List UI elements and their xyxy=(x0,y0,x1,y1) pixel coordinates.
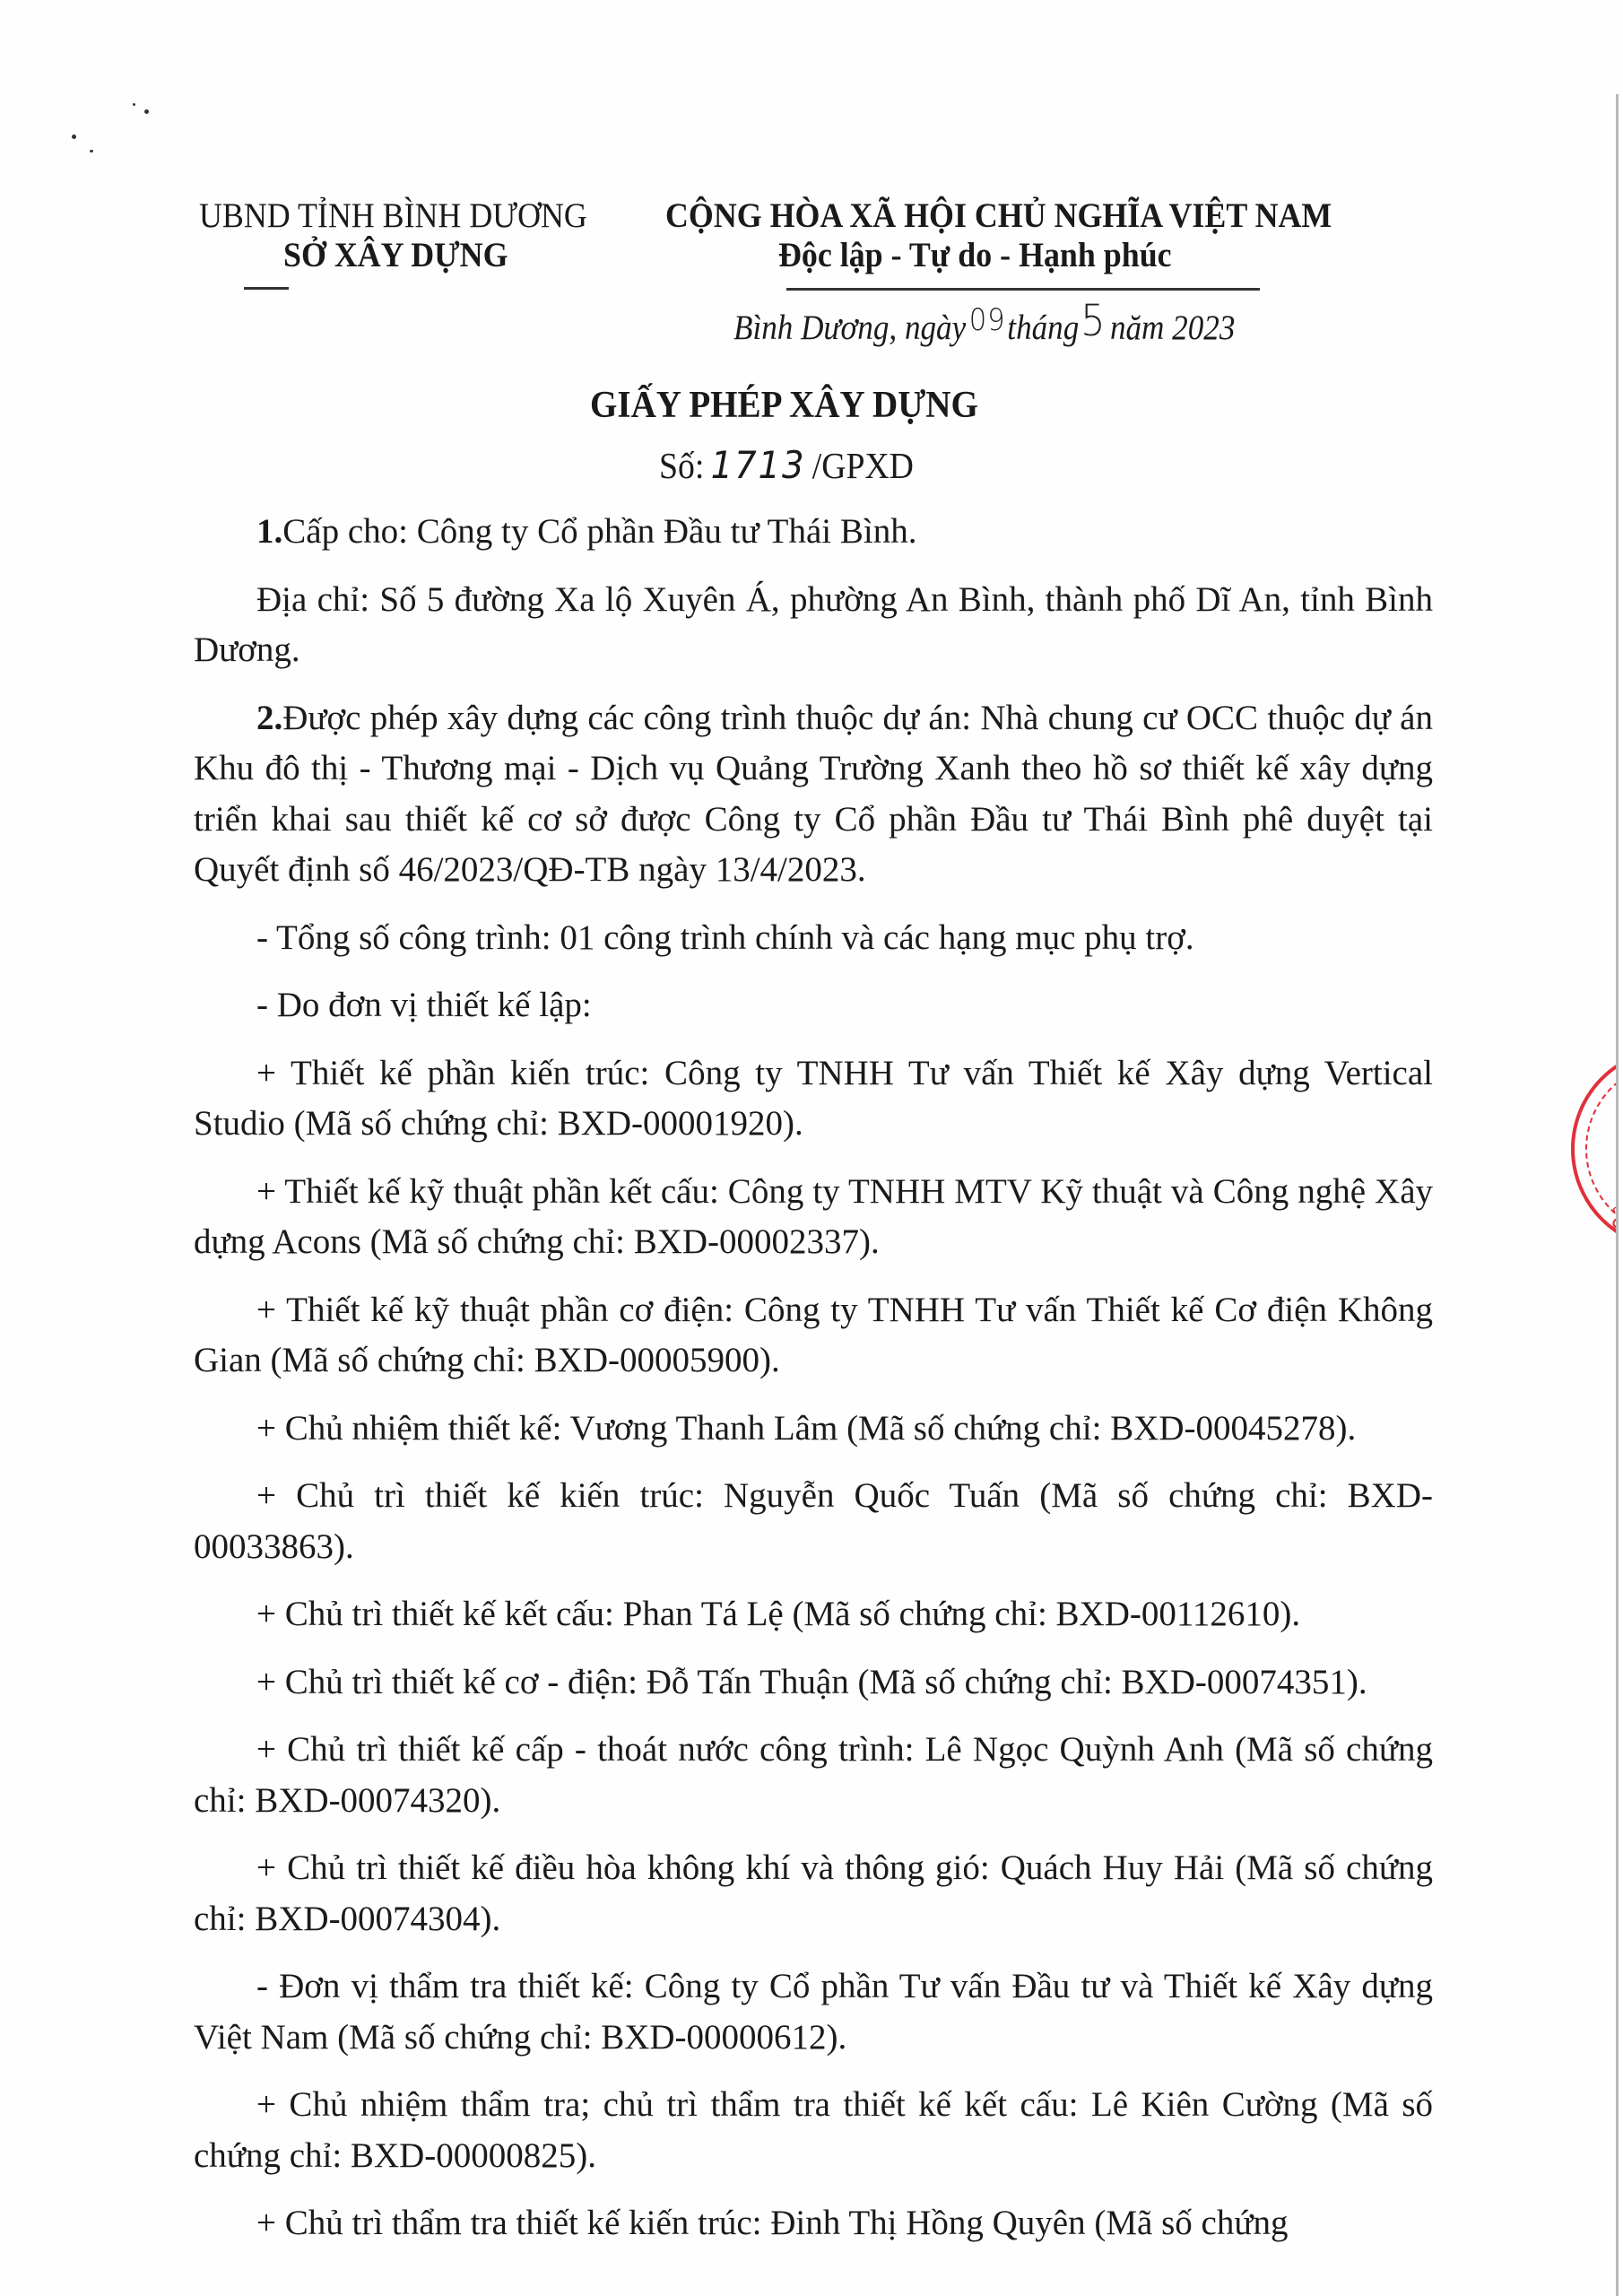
paragraph-text: + Chủ trì thẩm tra thiết kế kiến trúc: Đ… xyxy=(256,2204,1288,2242)
document-body: 1.Cấp cho: Công ty Cổ phần Đầu tư Thái B… xyxy=(194,507,1433,2266)
paragraph-text: + Chủ nhiệm thẩm tra; chủ trì thẩm tra t… xyxy=(194,2085,1433,2175)
paragraph-text: Địa chỉ: Số 5 đường Xa lộ Xuyên Á, phườn… xyxy=(194,580,1433,670)
stamp-text: CỘNG HÒA X xyxy=(1609,1115,1616,1231)
paragraph-text: Cấp cho: Công ty Cổ phần Đầu tư Thái Bìn… xyxy=(282,512,916,551)
paragraph: + Chủ trì thiết kế cơ - điện: Đỗ Tấn Thu… xyxy=(194,1657,1433,1709)
paragraph-text: + Thiết kế kỹ thuật phần cơ điện: Công t… xyxy=(194,1291,1433,1380)
paragraph: + Chủ nhiệm thiết kế: Vương Thanh Lâm (M… xyxy=(194,1404,1433,1455)
motto-underline xyxy=(786,288,1260,291)
paragraph: + Chủ trì thiết kế cấp - thoát nước công… xyxy=(194,1725,1433,1826)
agency-underline xyxy=(244,287,289,290)
paragraph: + Thiết kế kỹ thuật phần cơ điện: Công t… xyxy=(194,1285,1433,1387)
paragraph: + Thiết kế phần kiến trúc: Công ty TNHH … xyxy=(194,1048,1433,1150)
scan-speck xyxy=(90,150,93,152)
scan-speck xyxy=(72,135,76,139)
date-prefix: Bình Dương, ngày xyxy=(733,309,966,347)
document-number-handwritten: 1713 xyxy=(711,443,806,487)
paragraph-text: - Do đơn vị thiết kế lập: xyxy=(256,986,592,1024)
paragraph-text: + Chủ nhiệm thiết kế: Vương Thanh Lâm (M… xyxy=(256,1409,1356,1448)
paragraph-text: + Chủ trì thiết kế kiến trúc: Nguyễn Quố… xyxy=(194,1476,1433,1566)
document-number: Số:1713/GPXD xyxy=(659,443,914,487)
paragraph: 1.Cấp cho: Công ty Cổ phần Đầu tư Thái B… xyxy=(194,507,1433,558)
date-month-handwritten: 5 xyxy=(1081,296,1105,346)
date-year: năm 2023 xyxy=(1110,309,1235,347)
paragraph-text: + Chủ trì thiết kế điều hòa không khí và… xyxy=(194,1848,1433,1938)
paragraph: + Chủ trì thiết kế kiến trúc: Nguyễn Quố… xyxy=(194,1471,1433,1572)
paragraph: 2.Được phép xây dựng các công trình thuộ… xyxy=(194,693,1433,896)
date-line: Bình Dương, ngày09tháng5năm 2023 xyxy=(733,300,1235,350)
paragraph-text: - Đơn vị thẩm tra thiết kế: Công ty Cổ p… xyxy=(194,1967,1433,2057)
paragraph: + Chủ trì thiết kế kết cấu: Phan Tá Lệ (… xyxy=(194,1589,1433,1640)
paragraph: + Thiết kế kỹ thuật phần kết cấu: Công t… xyxy=(194,1167,1433,1268)
paragraph: + Chủ nhiệm thẩm tra; chủ trì thẩm tra t… xyxy=(194,2080,1433,2181)
paragraph-number: 2. xyxy=(256,699,282,737)
paragraph-text: + Chủ trì thiết kế kết cấu: Phan Tá Lệ (… xyxy=(256,1595,1300,1633)
paragraph: - Do đơn vị thiết kế lập: xyxy=(194,980,1433,1031)
national-title: CỘNG HÒA XÃ HỘI CHỦ NGHĨA VIỆT NAM xyxy=(665,196,1332,236)
scan-page-edge xyxy=(1616,94,1619,2296)
document-number-label: Số: xyxy=(659,445,704,486)
paragraph: Địa chỉ: Số 5 đường Xa lộ Xuyên Á, phườn… xyxy=(194,575,1433,676)
paragraph: - Tổng số công trình: 01 công trình chín… xyxy=(194,913,1433,964)
date-month-label: tháng xyxy=(1007,309,1079,347)
paragraph-text: + Chủ trì thiết kế cấp - thoát nước công… xyxy=(194,1730,1433,1820)
document-number-suffix: /GPXD xyxy=(812,445,914,486)
paragraph-text: + Chủ trì thiết kế cơ - điện: Đỗ Tấn Thu… xyxy=(256,1663,1367,1701)
paragraph: + Chủ trì thiết kế điều hòa không khí và… xyxy=(194,1843,1433,1944)
paragraph: + Chủ trì thẩm tra thiết kế kiến trúc: Đ… xyxy=(194,2198,1433,2249)
agency-parent: UBND TỈNH BÌNH DƯƠNG xyxy=(199,196,587,236)
document-title: GIẤY PHÉP XÂY DỰNG xyxy=(590,384,978,427)
paragraph-text: Được phép xây dựng các công trình thuộc … xyxy=(194,699,1433,890)
paragraph-text: - Tổng số công trình: 01 công trình chín… xyxy=(256,918,1194,957)
paragraph-number: 1. xyxy=(256,512,282,551)
red-seal-stamp: CỘNG HÒA X xyxy=(1571,1048,1616,1250)
paragraph-text: + Thiết kế kỹ thuật phần kết cấu: Công t… xyxy=(194,1172,1433,1262)
paragraph: - Đơn vị thẩm tra thiết kế: Công ty Cổ p… xyxy=(194,1961,1433,2063)
paragraph-text: + Thiết kế phần kiến trúc: Công ty TNHH … xyxy=(194,1054,1433,1144)
agency-name: SỞ XÂY DỰNG xyxy=(283,235,508,275)
scan-speck xyxy=(133,103,135,106)
scan-speck xyxy=(144,109,149,114)
national-motto: Độc lập - Tự do - Hạnh phúc xyxy=(778,235,1172,275)
date-day-handwritten: 09 xyxy=(969,302,1006,338)
